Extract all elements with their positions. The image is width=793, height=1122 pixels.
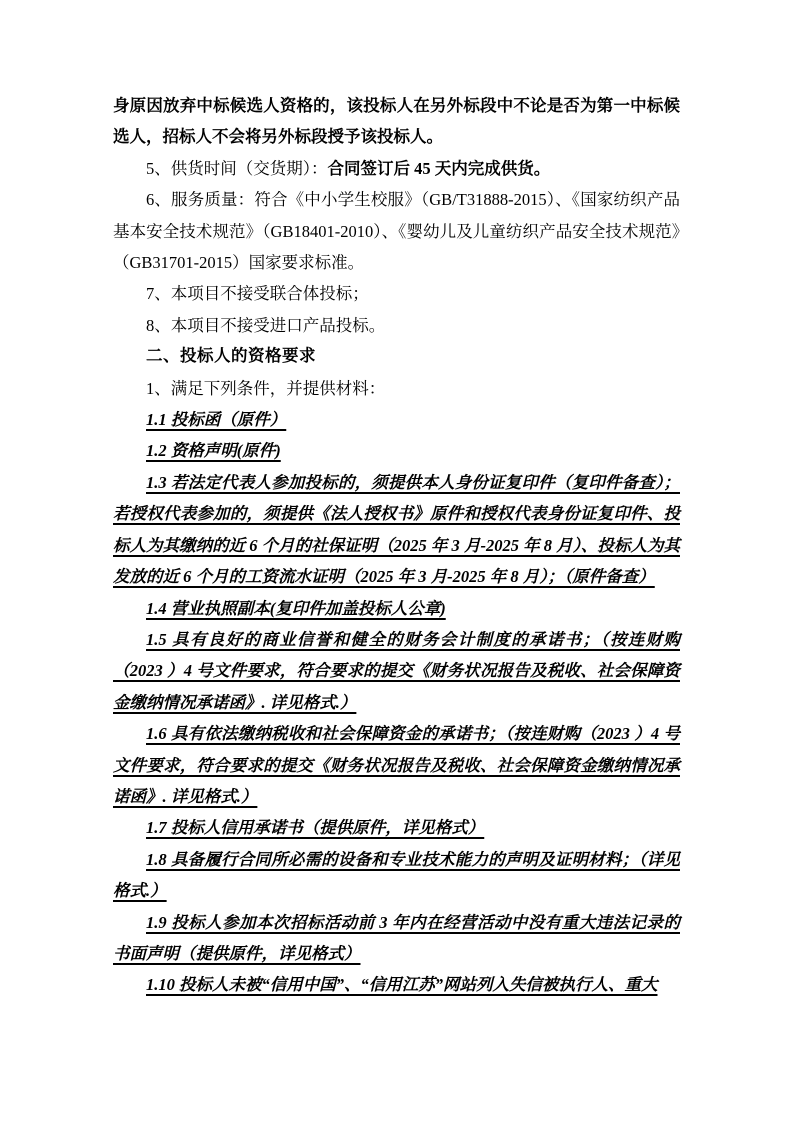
paragraph-8: 1.1 投标函（原件） (113, 404, 680, 435)
paragraph-6: 二、投标人的资格要求 (113, 341, 680, 372)
text-run: 1.6 具有依法缴纳税收和社会保障资金的承诺书；（按连财购（2023 ）4 号文… (113, 724, 680, 806)
text-run: 合同签订后 45 天内完成供货。 (328, 159, 551, 178)
text-run: 1.10 投标人未被“信用中国”、“信用江苏”网站列入失信被执行人、重大 (146, 975, 658, 994)
text-run: 1.7 投标人信用承诺书（提供原件，详见格式） (146, 818, 484, 837)
paragraph-12: 1.5 具有良好的商业信誉和健全的财务会计制度的承诺书；（按连财购（2023 ）… (113, 624, 680, 718)
text-run: 1.8 具备履行合同所必需的设备和专业技术能力的声明及证明材料；（详见格式.） (113, 850, 680, 900)
text-run: 二、投标人的资格要求 (146, 347, 316, 365)
paragraph-4: 7、本项目不接受联合体投标； (113, 278, 680, 309)
paragraph-11: 1.4 营业执照副本(复印件加盖投标人公章) (113, 593, 680, 624)
text-run: 1.2 资格声明(原件) (146, 441, 281, 460)
paragraph-10: 1.3 若法定代表人参加投标的，须提供本人身份证复印件（复印件备查）；若授权代表… (113, 467, 680, 593)
paragraph-1: 身原因放弃中标候选人资格的，该投标人在另外标段中不论是否为第一中标候选人，招标人… (113, 90, 680, 153)
text-run: 1、满足下列条件，并提供材料： (146, 379, 385, 398)
text-run: 1.1 投标函（原件） (146, 410, 286, 429)
paragraph-7: 1、满足下列条件，并提供材料： (113, 373, 680, 404)
text-run: 1.5 具有良好的商业信誉和健全的财务会计制度的承诺书；（按连财购（2023 ）… (113, 630, 680, 712)
document-page: 身原因放弃中标候选人资格的，该投标人在另外标段中不论是否为第一中标候选人，招标人… (0, 0, 793, 1122)
text-run: 8、本项目不接受进口产品投标。 (146, 316, 385, 335)
paragraph-5: 8、本项目不接受进口产品投标。 (113, 310, 680, 341)
paragraph-13: 1.6 具有依法缴纳税收和社会保障资金的承诺书；（按连财购（2023 ）4 号文… (113, 718, 680, 812)
text-run: 身原因放弃中标候选人资格的，该投标人在另外标段中不论是否为第一中标候选人，招标人… (113, 96, 680, 146)
text-run: 1.3 若法定代表人参加投标的，须提供本人身份证复印件（复印件备查）；若授权代表… (113, 473, 680, 586)
text-run: 6、服务质量：符合《中小学生校服》（GB/T31888-2015）、《国家纺织产… (113, 190, 680, 272)
paragraph-14: 1.7 投标人信用承诺书（提供原件，详见格式） (113, 812, 680, 843)
text-run: 1.4 营业执照副本(复印件加盖投标人公章) (146, 599, 446, 618)
text-run: 7、本项目不接受联合体投标； (146, 284, 369, 303)
paragraph-2: 5、供货时间（交货期）：合同签订后 45 天内完成供货。 (113, 153, 680, 184)
paragraph-16: 1.9 投标人参加本次招标活动前 3 年内在经营活动中没有重大违法记录的书面声明… (113, 907, 680, 970)
paragraph-15: 1.8 具备履行合同所必需的设备和专业技术能力的声明及证明材料；（详见格式.） (113, 844, 680, 907)
paragraph-3: 6、服务质量：符合《中小学生校服》（GB/T31888-2015）、《国家纺织产… (113, 184, 680, 278)
text-run: 1.9 投标人参加本次招标活动前 3 年内在经营活动中没有重大违法记录的书面声明… (113, 913, 680, 963)
paragraph-17: 1.10 投标人未被“信用中国”、“信用江苏”网站列入失信被执行人、重大 (113, 969, 680, 1000)
paragraph-9: 1.2 资格声明(原件) (113, 435, 680, 466)
text-run: 5、供货时间（交货期）： (146, 159, 328, 178)
document-body: 身原因放弃中标候选人资格的，该投标人在另外标段中不论是否为第一中标候选人，招标人… (113, 90, 680, 1001)
